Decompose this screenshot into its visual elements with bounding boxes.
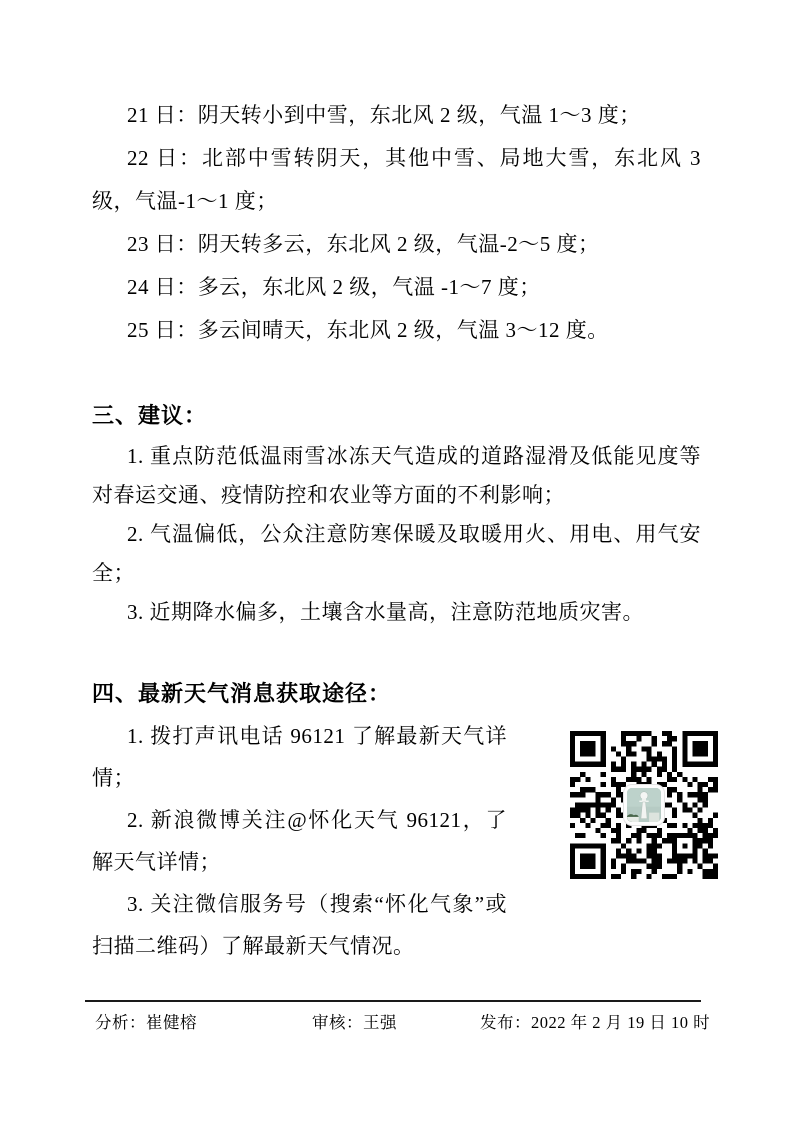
forecast-line: 25 日：多云间晴天，东北风 2 级，气温 3～12 度。 — [92, 309, 701, 352]
footer-release-time: 发布：2022 年 2 月 19 日 10 时 — [480, 1012, 710, 1034]
forecast-section: 21 日：阴天转小到中雪，东北风 2 级，气温 1～3 度； 22 日：北部中雪… — [92, 94, 701, 352]
suggestion-item: 2. 气温偏低，公众注意防寒保暖及取暖用火、用电、用气安全； — [92, 515, 701, 593]
info-channel-item: 3. 关注微信服务号（搜索“怀化气象”或扫描二维码）了解最新天气情况。 — [92, 883, 507, 967]
forecast-line: 24 日：多云，东北风 2 级，气温 -1～7 度； — [92, 266, 701, 309]
qr-center-logo — [624, 785, 664, 825]
section-4-body: 1. 拨打声讯电话 96121 了解最新天气详情； 2. 新浪微博关注@怀化天气… — [92, 715, 507, 967]
suggestion-item: 1. 重点防范低温雨雪冰冻天气造成的道路湿滑及低能见度等对春运交通、疫情防控和农… — [92, 437, 701, 515]
forecast-line: 21 日：阴天转小到中雪，东北风 2 级，气温 1～3 度； — [92, 94, 701, 137]
suggestion-item: 3. 近期降水偏多，土壤含水量高，注意防范地质灾害。 — [92, 593, 701, 632]
info-channel-item: 1. 拨打声讯电话 96121 了解最新天气详情； — [92, 715, 507, 799]
footer-reviewer: 审核：王强 — [312, 1012, 397, 1034]
info-channel-item: 2. 新浪微博关注@怀化天气 96121，了解天气详情； — [92, 799, 507, 883]
forecast-line: 23 日：阴天转多云，东北风 2 级，气温-2～5 度； — [92, 223, 701, 266]
forecast-line: 22 日：北部中雪转阴天，其他中雪、局地大雪，东北风 3 级，气温-1～1 度； — [92, 137, 701, 223]
wechat-qr-code — [570, 731, 718, 879]
document-footer: 分析：崔健榕 审核：王强 发布：2022 年 2 月 19 日 10 时 — [85, 1000, 701, 1048]
footer-analyst: 分析：崔健榕 — [95, 1012, 197, 1034]
section-3-body: 1. 重点防范低温雨雪冰冻天气造成的道路湿滑及低能见度等对春运交通、疫情防控和农… — [92, 437, 701, 632]
section-4-heading: 四、最新天气消息获取途径： — [92, 672, 701, 715]
section-3-heading: 三、建议： — [92, 394, 701, 437]
radar-tower-image — [627, 788, 661, 822]
